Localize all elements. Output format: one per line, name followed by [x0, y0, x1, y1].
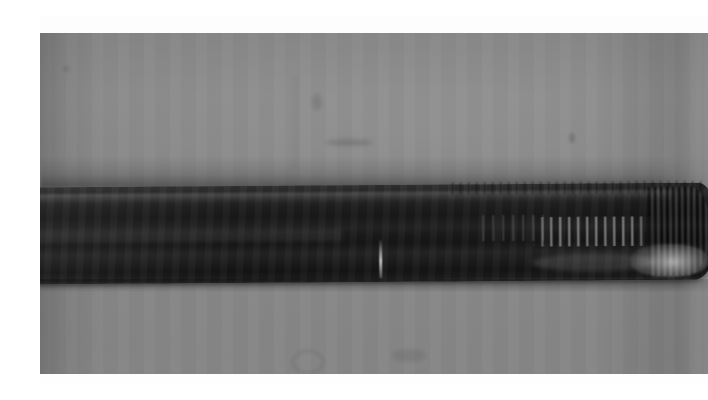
photo-frame [40, 16, 708, 384]
rod-scratch-mark [379, 240, 382, 278]
shadow-under-rod [40, 279, 708, 292]
wall-smudge-smear [326, 139, 372, 146]
rod-machining-marks [532, 216, 652, 247]
rod-mid-sheen-band [40, 229, 342, 243]
floor-ring-smudge [292, 350, 324, 374]
wall-smudge-dot [312, 94, 322, 110]
metal-rod [40, 183, 708, 285]
top-white-band [40, 16, 708, 33]
floor-smear [392, 349, 426, 362]
wall-smudge-small-dot [63, 66, 69, 72]
rod-end-highlight [630, 244, 708, 278]
bottom-white-band [40, 374, 708, 384]
wall-vertical-streak [294, 76, 297, 168]
wall-smudge-speck [569, 133, 575, 143]
